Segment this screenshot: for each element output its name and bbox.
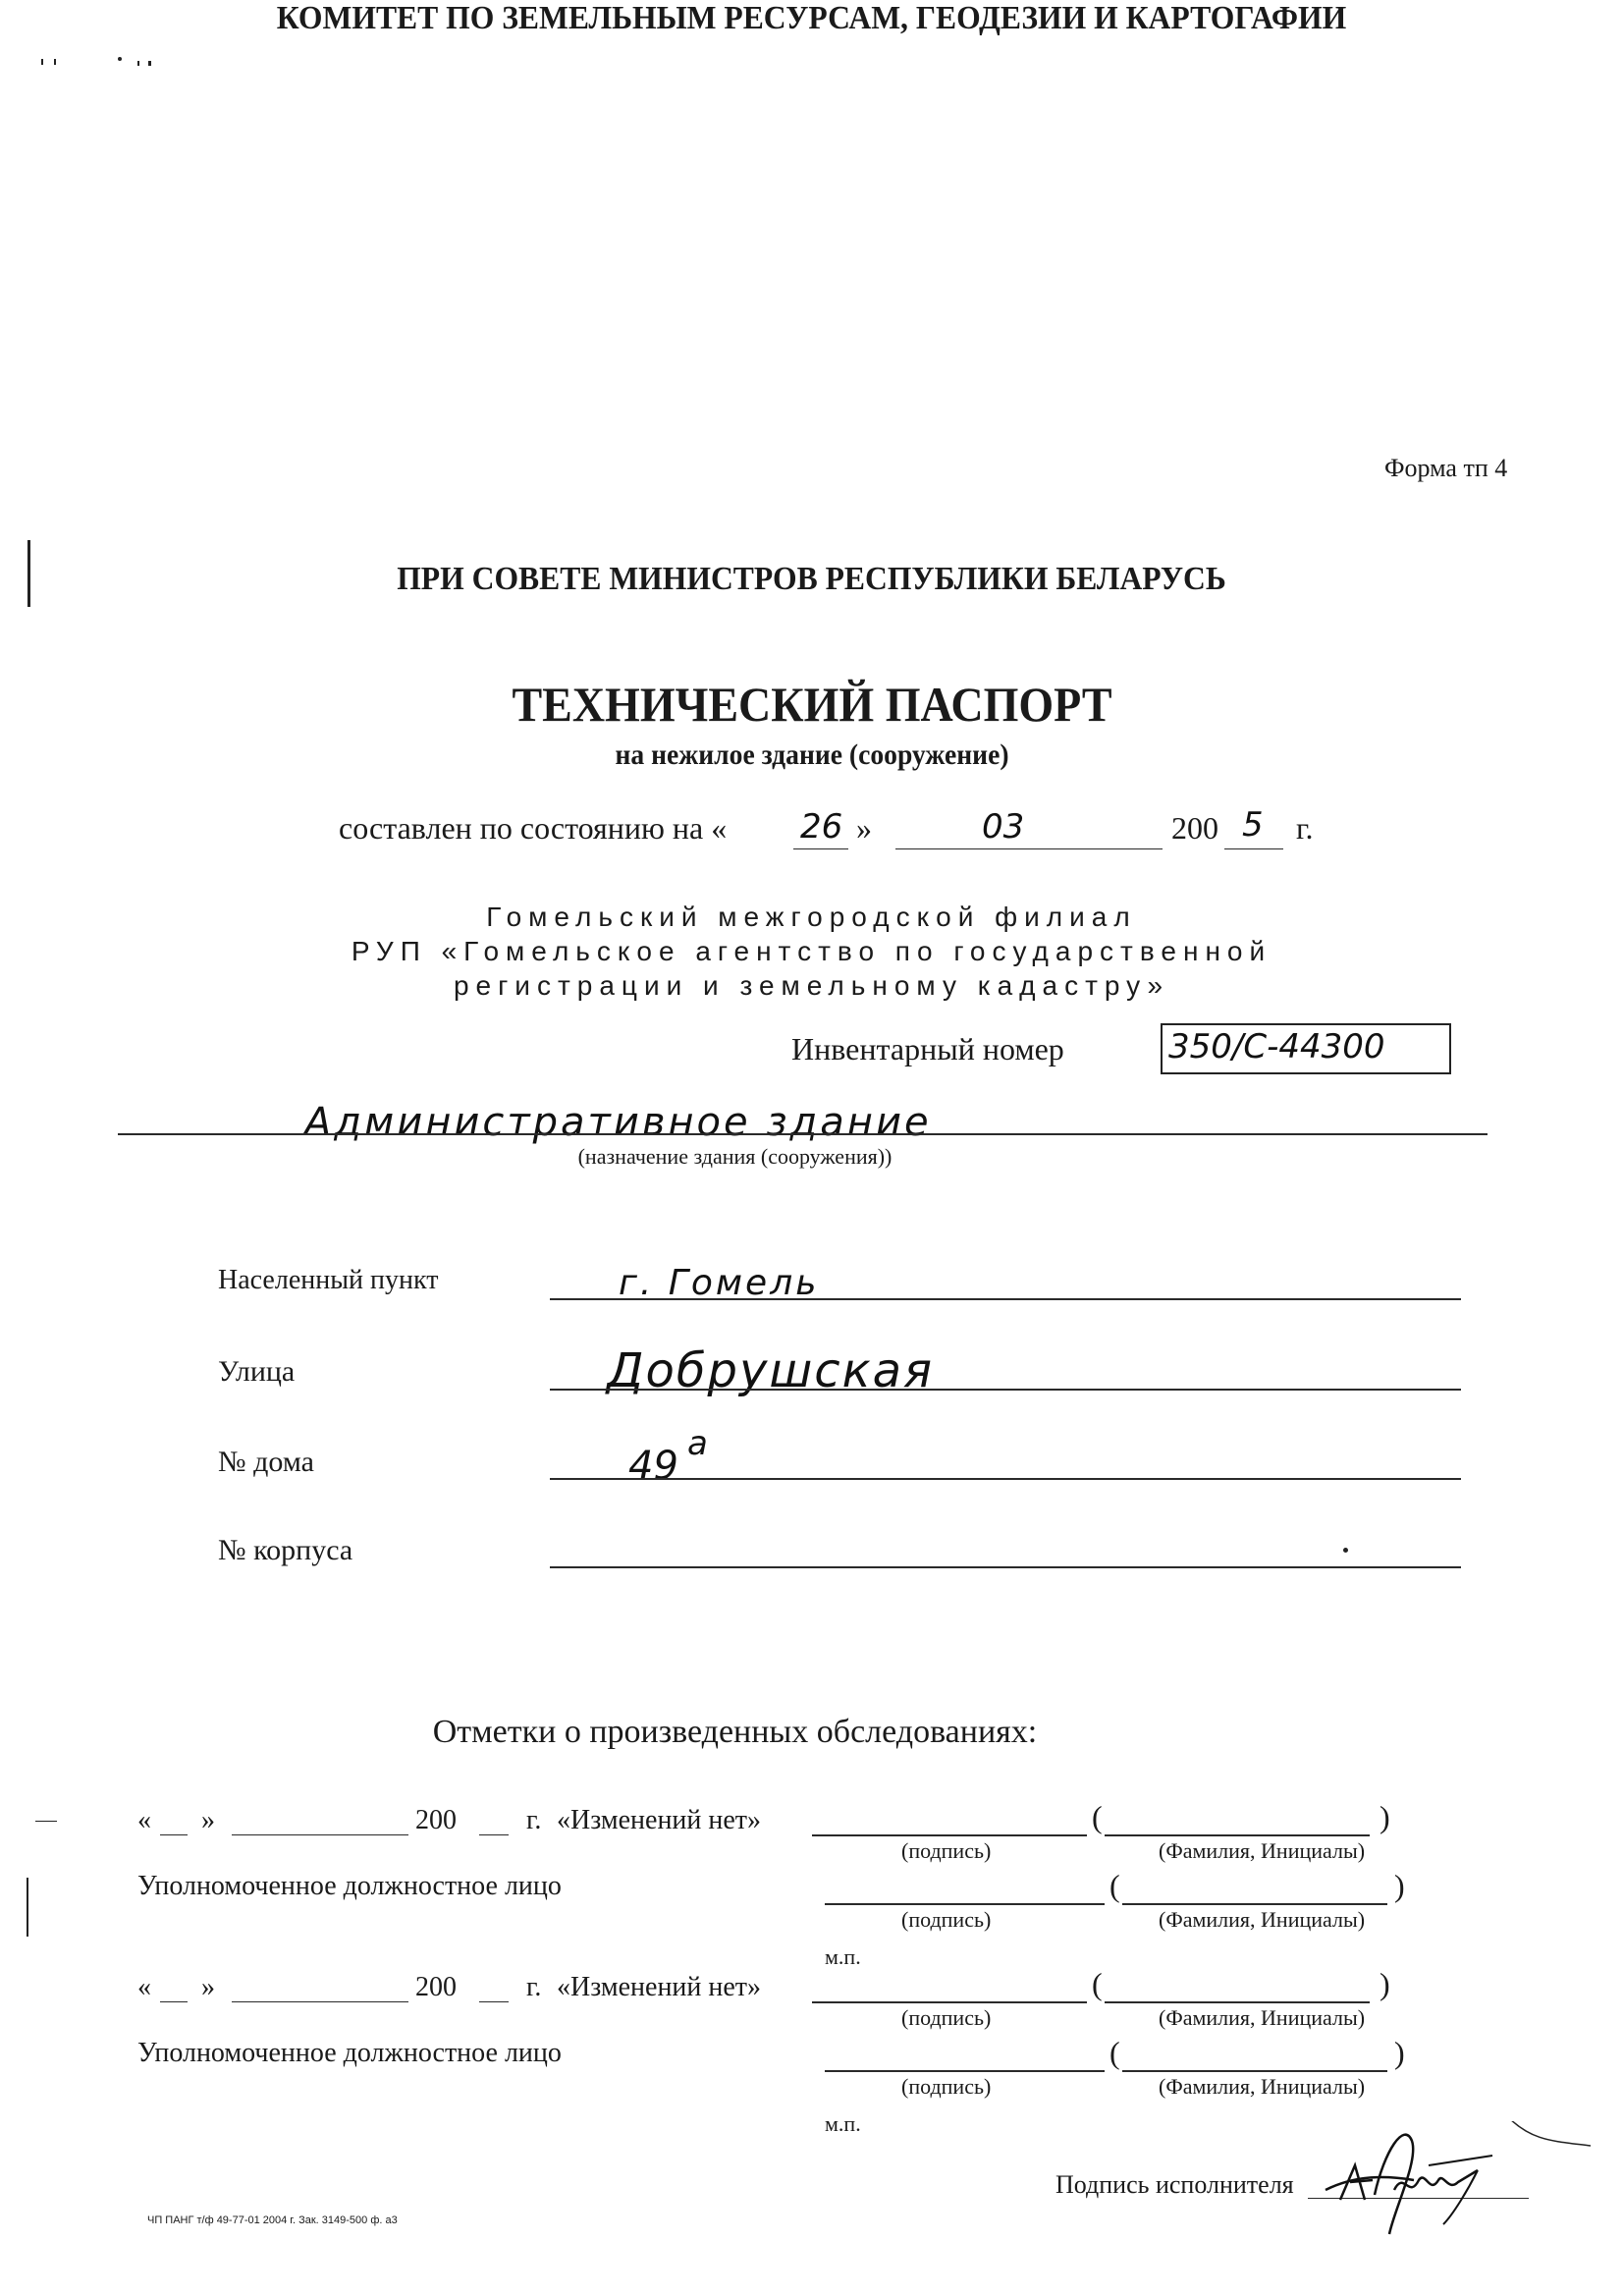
inspection-2-official-signature-caption: (подпись) bbox=[901, 2074, 991, 2100]
inspection-2-year-unit: г. bbox=[526, 1972, 541, 2003]
scan-edge-mark bbox=[27, 1878, 28, 1937]
scan-speck bbox=[137, 61, 139, 66]
inspection-2-official-signature-line bbox=[825, 2070, 1105, 2072]
building-number-label: № корпуса bbox=[218, 1534, 352, 1567]
inspection-1-signature-line bbox=[812, 1834, 1087, 1836]
inspection-1-stamp: м.п. bbox=[825, 1944, 861, 1970]
state-date-day-underline bbox=[793, 848, 848, 849]
inspection-1-quote-close: » bbox=[201, 1805, 215, 1836]
executor-signature-label: Подпись исполнителя bbox=[1055, 2170, 1294, 2200]
scan-stroke bbox=[35, 1821, 57, 1822]
inspection-1-official-signature-line bbox=[825, 1903, 1105, 1905]
inspection-2-signature-caption: (подпись) bbox=[901, 2005, 991, 2031]
inspection-2-paren-close: ) bbox=[1380, 1966, 1390, 2002]
inspection-2-official-paren-open: ( bbox=[1109, 2035, 1120, 2071]
scan-speck bbox=[1343, 1548, 1348, 1553]
inspection-1-official-paren-open: ( bbox=[1109, 1868, 1120, 1904]
executor-signature-icon bbox=[1296, 2121, 1610, 2239]
street-line bbox=[550, 1389, 1461, 1391]
inspection-2-official-name-caption: (Фамилия, Инициалы) bbox=[1159, 2074, 1365, 2100]
street-label: Улица bbox=[218, 1355, 295, 1389]
inspection-1-day-line bbox=[160, 1834, 188, 1835]
inspection-1-year-line bbox=[479, 1834, 509, 1835]
building-purpose-caption: (назначение здания (сооружения)) bbox=[0, 1144, 1546, 1170]
committee-line-1: КОМИТЕТ ПО ЗЕМЕЛЬНЫМ РЕСУРСАМ, ГЕОДЕЗИИ … bbox=[57, 0, 1566, 37]
inspection-1-name-line bbox=[1105, 1834, 1370, 1836]
scan-edge-mark bbox=[27, 540, 30, 607]
inspection-2-name-caption: (Фамилия, Инициалы) bbox=[1159, 2005, 1365, 2031]
locality-line bbox=[550, 1298, 1461, 1300]
building-purpose-line bbox=[118, 1133, 1488, 1135]
inspection-1-official-label: Уполномоченное должностное лицо bbox=[137, 1871, 562, 1902]
house-label: № дома bbox=[218, 1446, 314, 1479]
inspection-1-quote-open: « bbox=[137, 1805, 151, 1836]
house-suffix: а bbox=[687, 1424, 708, 1463]
inspection-2-quote-close: » bbox=[201, 1972, 215, 2003]
inspection-2-quote-open: « bbox=[137, 1972, 151, 2003]
inspection-1-paren-close: ) bbox=[1380, 1799, 1390, 1835]
scan-speck bbox=[148, 61, 151, 66]
house-line bbox=[550, 1478, 1461, 1480]
inspection-1-paren-open: ( bbox=[1092, 1799, 1103, 1835]
state-date-month-line bbox=[895, 848, 1163, 849]
committee-line-2: ПРИ СОВЕТЕ МИНИСТРОВ РЕСПУБЛИКИ БЕЛАРУСЬ bbox=[57, 561, 1566, 598]
inspection-2-official-label: Уполномоченное должностное лицо bbox=[137, 2038, 562, 2069]
building-number-line bbox=[550, 1566, 1461, 1568]
form-code: Форма тп 4 bbox=[1384, 454, 1507, 483]
scan-speck bbox=[118, 57, 122, 61]
inspection-2-paren-open: ( bbox=[1092, 1966, 1103, 2002]
inspection-1-year-unit: г. bbox=[526, 1805, 541, 1836]
inspection-1-official-signature-caption: (подпись) bbox=[901, 1907, 991, 1933]
inventory-number-value: 350/С-44300 bbox=[1168, 1027, 1385, 1066]
inspection-2-signature-line bbox=[812, 2001, 1087, 2003]
state-date-year-underline bbox=[1224, 848, 1283, 849]
inspection-2-official-name-line bbox=[1122, 2070, 1387, 2072]
state-date-year-prefix: 200 bbox=[1171, 810, 1218, 847]
inspection-2-year-prefix: 200 bbox=[415, 1972, 457, 2003]
inspection-1-official-paren-close: ) bbox=[1394, 1868, 1405, 1904]
branch-line-3: регистрации и земельному кадастру» bbox=[0, 970, 1623, 1002]
print-info: ЧП ПАНГ т/ф 49-77-01 2004 г. Зак. 3149-5… bbox=[147, 2214, 398, 2226]
inspection-1-month-line bbox=[232, 1834, 408, 1835]
inspection-2-official-paren-close: ) bbox=[1394, 2035, 1405, 2071]
state-date-quote-close: » bbox=[856, 810, 872, 847]
inspection-1-official-name-line bbox=[1122, 1903, 1387, 1905]
inspection-1-name-caption: (Фамилия, Инициалы) bbox=[1159, 1838, 1365, 1864]
state-date-month: 03 bbox=[982, 807, 1024, 847]
inspection-2-name-line bbox=[1105, 2001, 1370, 2003]
scan-speck bbox=[54, 59, 56, 65]
inspection-2-no-changes: «Изменений нет» bbox=[557, 1972, 761, 2003]
page-subtitle: на нежилое здание (сооружение) bbox=[0, 738, 1623, 772]
inspection-1-official-name-caption: (Фамилия, Инициалы) bbox=[1159, 1907, 1365, 1933]
branch-line-1: Гомельский межгородской филиал bbox=[0, 902, 1623, 933]
inspection-2-year-line bbox=[479, 2001, 509, 2002]
locality-value: г. Гомель bbox=[619, 1263, 819, 1303]
locality-label: Населенный пункт bbox=[218, 1265, 438, 1296]
inspection-1-year-prefix: 200 bbox=[415, 1805, 457, 1836]
scan-speck bbox=[41, 59, 43, 65]
state-date-day: 26 bbox=[800, 807, 842, 847]
building-purpose-value: Административное здание bbox=[304, 1100, 932, 1145]
inspection-1-signature-caption: (подпись) bbox=[901, 1838, 991, 1864]
house-value: 49 bbox=[628, 1444, 678, 1489]
inspection-1-no-changes: «Изменений нет» bbox=[557, 1805, 761, 1836]
inspection-2-month-line bbox=[232, 2001, 408, 2002]
inspection-2-day-line bbox=[160, 2001, 188, 2002]
state-date-year-unit: г. bbox=[1296, 810, 1314, 847]
inventory-number-label: Инвентарный номер bbox=[791, 1031, 1064, 1067]
inspections-title: Отметки о произведенных обследованиях: bbox=[0, 1714, 1546, 1751]
state-date-year-suffix: 5 bbox=[1242, 805, 1264, 845]
branch-line-2: РУП «Гомельское агентство по государстве… bbox=[0, 936, 1623, 967]
page-title: ТЕХНИЧЕСКИЙ ПАСПОРТ bbox=[0, 676, 1623, 733]
inspection-2-stamp: м.п. bbox=[825, 2111, 861, 2137]
state-date-prefix: составлен по состоянию на « bbox=[339, 810, 727, 847]
